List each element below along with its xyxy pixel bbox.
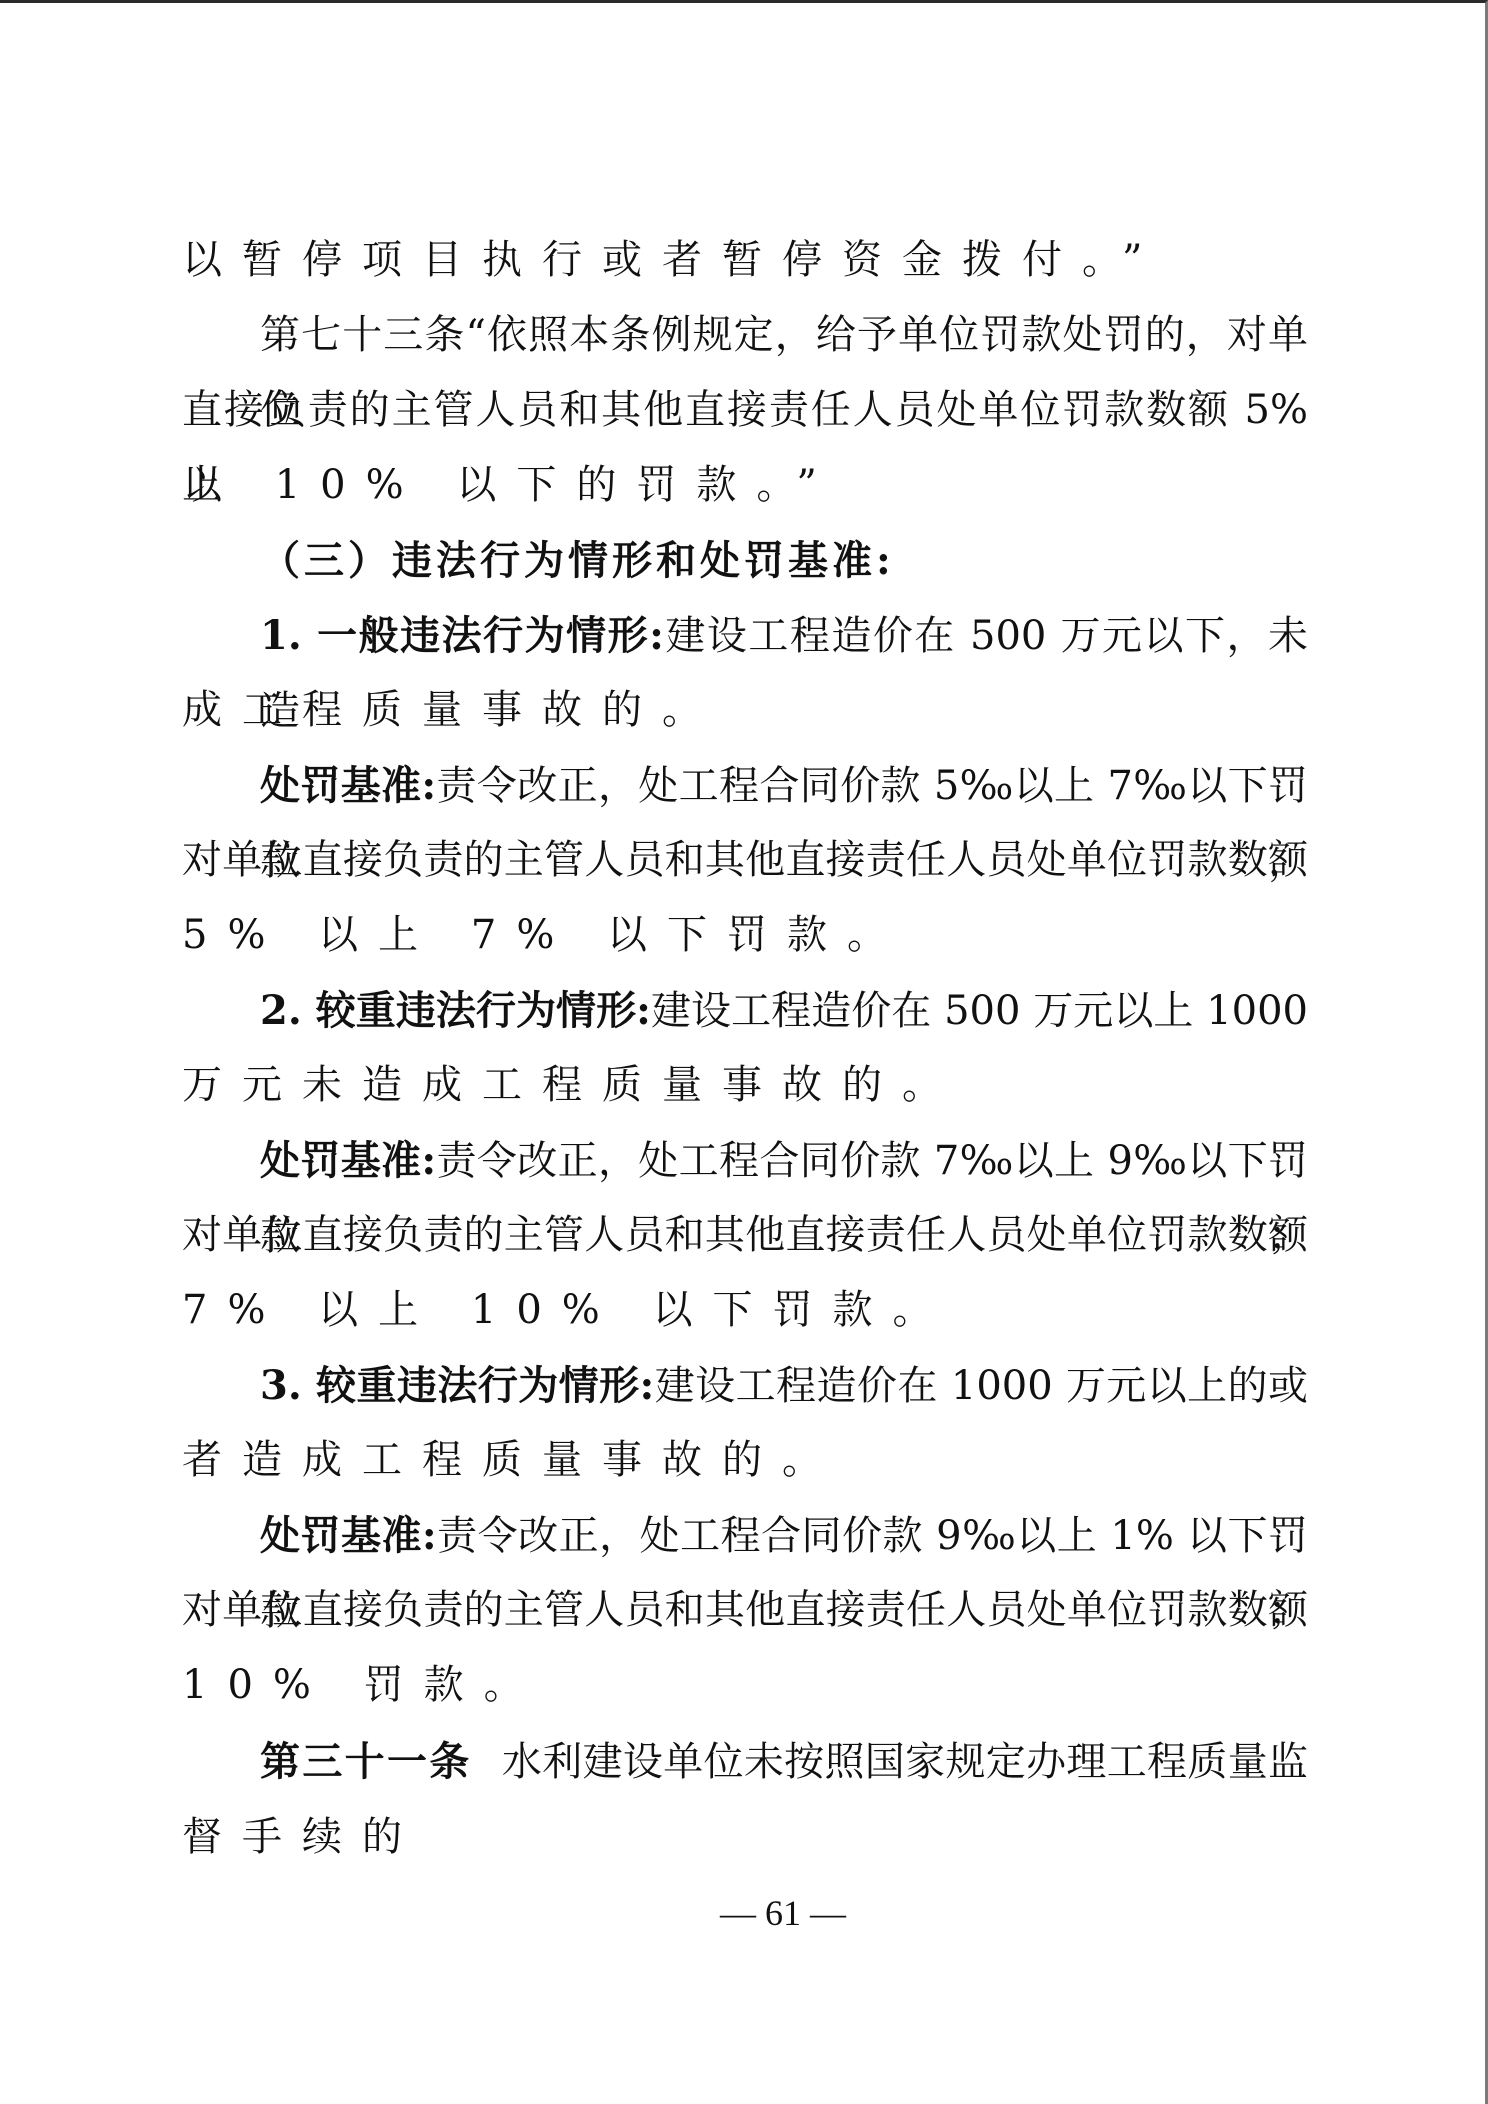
article-label: 第三十一条 bbox=[260, 1739, 472, 1785]
violation-case-serious-3: 3. 较重违法行为情形:建设工程造价在 1000 万元以上的或 bbox=[260, 1348, 1308, 1423]
line-text: 对单位直接负责的主管人员和其他直接责任人员处单位罚款数额 bbox=[182, 1587, 1308, 1633]
line-text: 者造成工程质量事故的。 bbox=[182, 1437, 842, 1483]
text-line: 直接负责的主管人员和其他直接责任人员处单位罚款数额 5% 以 bbox=[182, 373, 1308, 448]
text-line: 成工程质量事故的。 bbox=[182, 673, 1308, 748]
text-line: 对单位直接负责的主管人员和其他直接责任人员处单位罚款数额 bbox=[182, 1198, 1308, 1273]
line-text: 建设工程造价在 1000 万元以上的或 bbox=[654, 1363, 1308, 1409]
page-number: — 61 — bbox=[683, 1888, 883, 1938]
line-text: 万元未造成工程质量事故的。 bbox=[182, 1062, 962, 1108]
violation-case-general: 1. 一般违法行为情形:建设工程造价在 500 万元以下，未造 bbox=[260, 598, 1308, 673]
text-line: 万元未造成工程质量事故的。 bbox=[182, 1048, 1308, 1123]
text-line: 以暂停项目执行或者暂停资金拨付。” bbox=[182, 223, 1308, 298]
document-page: 以暂停项目执行或者暂停资金拨付。” 第七十三条“依照本条例规定，给予单位罚款处罚… bbox=[0, 0, 1488, 2104]
article-73-quote: 第七十三条“依照本条例规定，给予单位罚款处罚的，对单位 bbox=[260, 298, 1308, 373]
line-text: 建设工程造价在 500 万元以上 1000 bbox=[651, 988, 1308, 1034]
line-text: 上 10% 以下的罚款。” bbox=[182, 462, 837, 508]
penalty-standard-2: 处罚基准:责令改正，处工程合同价款 7‰以上 9‰以下罚款； bbox=[260, 1123, 1308, 1198]
penalty-label: 处罚基准: bbox=[260, 762, 436, 809]
line-text: 水利建设单位未按照国家规定办理工程质量监 bbox=[502, 1739, 1308, 1785]
text-line: 7% 以上 10% 以下罚款。 bbox=[182, 1273, 1308, 1348]
line-text: 7% 以上 10% 以下罚款。 bbox=[182, 1287, 953, 1333]
text-line: 10% 罚款。 bbox=[182, 1648, 1308, 1723]
case-label: 1. 一般违法行为情形: bbox=[260, 612, 664, 659]
penalty-label: 处罚基准: bbox=[260, 1512, 437, 1559]
section-heading: （三）违法行为情形和处罚基准: bbox=[260, 523, 1308, 598]
article-31: 第三十一条水利建设单位未按照国家规定办理工程质量监 bbox=[260, 1725, 1308, 1800]
penalty-standard-3: 处罚基准:责令改正，处工程合同价款 9‰以上 1% 以下罚款； bbox=[260, 1498, 1308, 1573]
text-line: 上 10% 以下的罚款。” bbox=[182, 448, 1308, 523]
section-heading-text: （三）违法行为情形和处罚基准: bbox=[260, 537, 895, 584]
line-text: 以暂停项目执行或者暂停资金拨付。” bbox=[182, 237, 1162, 283]
violation-case-serious-2: 2. 较重违法行为情形:建设工程造价在 500 万元以上 1000 bbox=[260, 973, 1308, 1048]
case-label: 2. 较重违法行为情形: bbox=[260, 987, 651, 1034]
line-text: 10% 罚款。 bbox=[182, 1662, 544, 1708]
line-text: 对单位直接负责的主管人员和其他直接责任人员处单位罚款数额 bbox=[182, 1212, 1308, 1258]
line-text: 5% 以上 7% 以下罚款。 bbox=[182, 912, 907, 958]
case-label: 3. 较重违法行为情形: bbox=[260, 1362, 654, 1409]
line-text: 成工程质量事故的。 bbox=[182, 687, 722, 733]
line-text: 督手续的 bbox=[182, 1814, 422, 1860]
text-line: 督手续的 bbox=[182, 1800, 1308, 1875]
penalty-standard-1: 处罚基准:责令改正，处工程合同价款 5‰以上 7‰以下罚款， bbox=[260, 748, 1308, 823]
text-line: 对单位直接负责的主管人员和其他直接责任人员处单位罚款数额 bbox=[182, 1573, 1308, 1648]
text-line: 5% 以上 7% 以下罚款。 bbox=[182, 898, 1308, 973]
text-line: 对单位直接负责的主管人员和其他直接责任人员处单位罚款数额 bbox=[182, 823, 1308, 898]
penalty-label: 处罚基准: bbox=[260, 1137, 436, 1184]
text-line: 者造成工程质量事故的。 bbox=[182, 1423, 1308, 1498]
line-text: 对单位直接负责的主管人员和其他直接责任人员处单位罚款数额 bbox=[182, 837, 1308, 883]
